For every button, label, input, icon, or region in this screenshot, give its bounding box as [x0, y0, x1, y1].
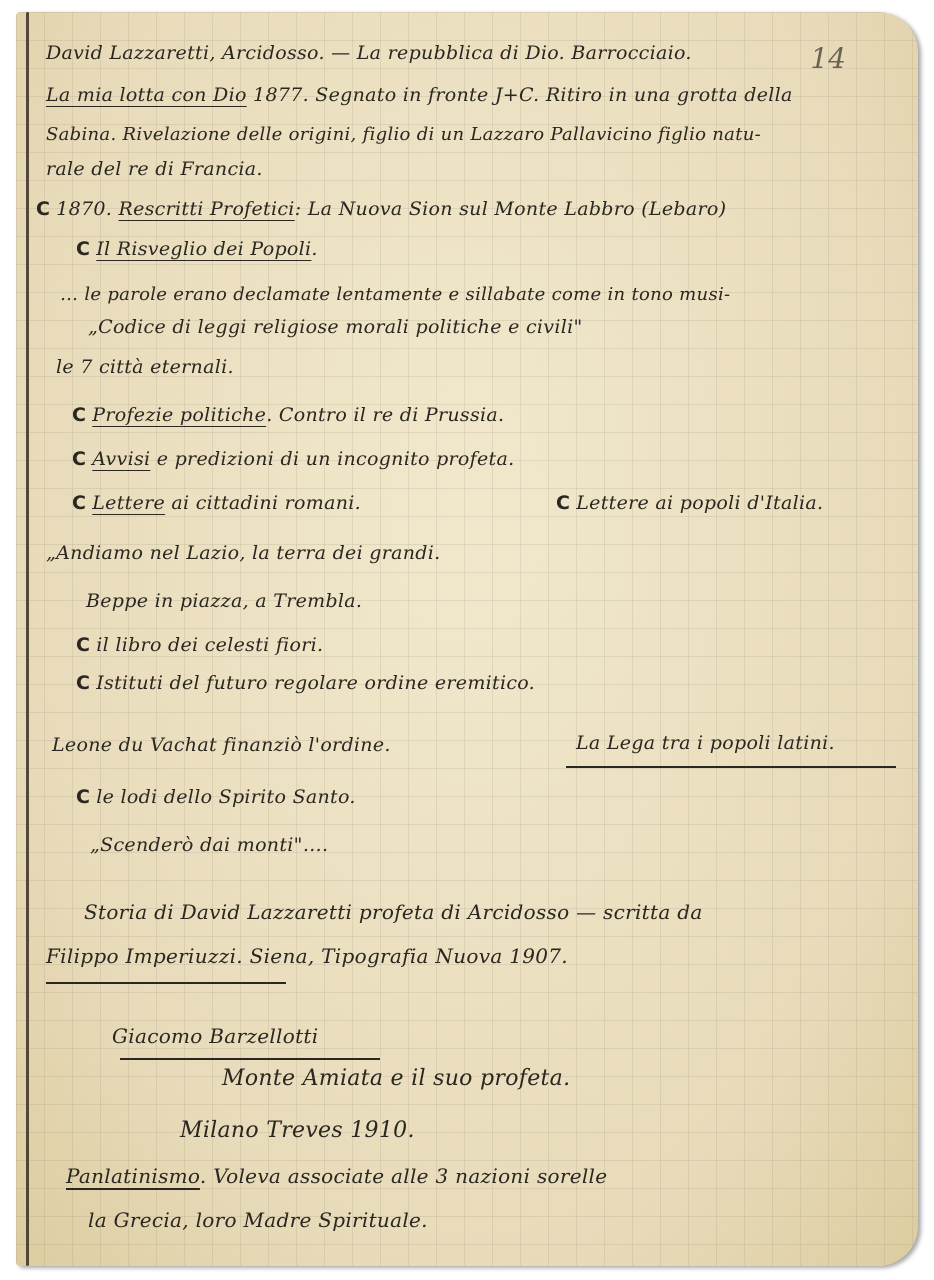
underline-rule: [120, 1058, 380, 1060]
line-10: CProfezie politiche. Contro il re di Pru…: [72, 404, 504, 426]
bullet-c: C: [72, 404, 86, 426]
line-17: CIstituti del futuro regolare ordine ere…: [76, 672, 535, 694]
bullet-c: C: [556, 492, 570, 514]
line-24: Giacomo Barzellotti: [112, 1024, 318, 1048]
line-5: C1870. Rescritti Profetici: La Nuova Sio…: [36, 198, 726, 220]
bullet-c: C: [76, 672, 90, 694]
line-4: rale del re di Francia.: [46, 158, 263, 180]
bullet-c: C: [36, 198, 50, 220]
line-19: La Lega tra i popoli latini.: [576, 732, 835, 754]
notebook-page: 14 David Lazzaretti, Arcidosso. — La rep…: [16, 12, 918, 1266]
page-number: 14: [810, 42, 846, 75]
line-9: le 7 città eternali.: [56, 356, 234, 378]
line-21: „Scenderò dai monti"….: [90, 834, 328, 856]
line-13: CLettere ai popoli d'Italia.: [556, 492, 823, 514]
bullet-c: C: [72, 492, 86, 514]
bullet-c: C: [76, 786, 90, 808]
line-25: Monte Amiata e il suo profeta.: [222, 1066, 570, 1091]
bullet-c: C: [72, 448, 86, 470]
line-27: Panlatinismo. Voleva associate alle 3 na…: [66, 1164, 607, 1188]
underline-rule: [46, 982, 286, 984]
line-12: CLettere ai cittadini romani.: [72, 492, 361, 514]
bullet-c: C: [76, 238, 90, 260]
line-22: Storia di David Lazzaretti profeta di Ar…: [84, 900, 703, 924]
line-2: La mia lotta con Dio 1877. Segnato in fr…: [46, 84, 793, 106]
line-26: Milano Treves 1910.: [180, 1118, 415, 1143]
line-3: Sabina. Rivelazione delle origini, figli…: [46, 124, 761, 145]
line-23: Filippo Imperiuzzi. Siena, Tipografia Nu…: [46, 944, 568, 968]
line-11: CAvvisi e predizioni di un incognito pro…: [72, 448, 514, 470]
line-6: CIl Risveglio dei Popoli.: [76, 238, 318, 260]
line-15: Beppe in piazza, a Trembla.: [86, 590, 362, 612]
line-1: David Lazzaretti, Arcidosso. — La repubb…: [46, 42, 692, 64]
line-7: … le parole erano declamate lentamente e…: [60, 284, 730, 305]
line-18: Leone du Vachat finanziò l'ordine.: [52, 734, 391, 756]
line-16: Cil libro dei celesti fiori.: [76, 634, 323, 656]
line-14: „Andiamo nel Lazio, la terra dei grandi.: [46, 542, 440, 564]
line-28: la Grecia, loro Madre Spirituale.: [88, 1208, 428, 1232]
underline-rule: [566, 766, 896, 768]
line-8: „Codice di leggi religiose morali politi…: [88, 316, 583, 338]
bullet-c: C: [76, 634, 90, 656]
line-20: Cle lodi dello Spirito Santo.: [76, 786, 356, 808]
